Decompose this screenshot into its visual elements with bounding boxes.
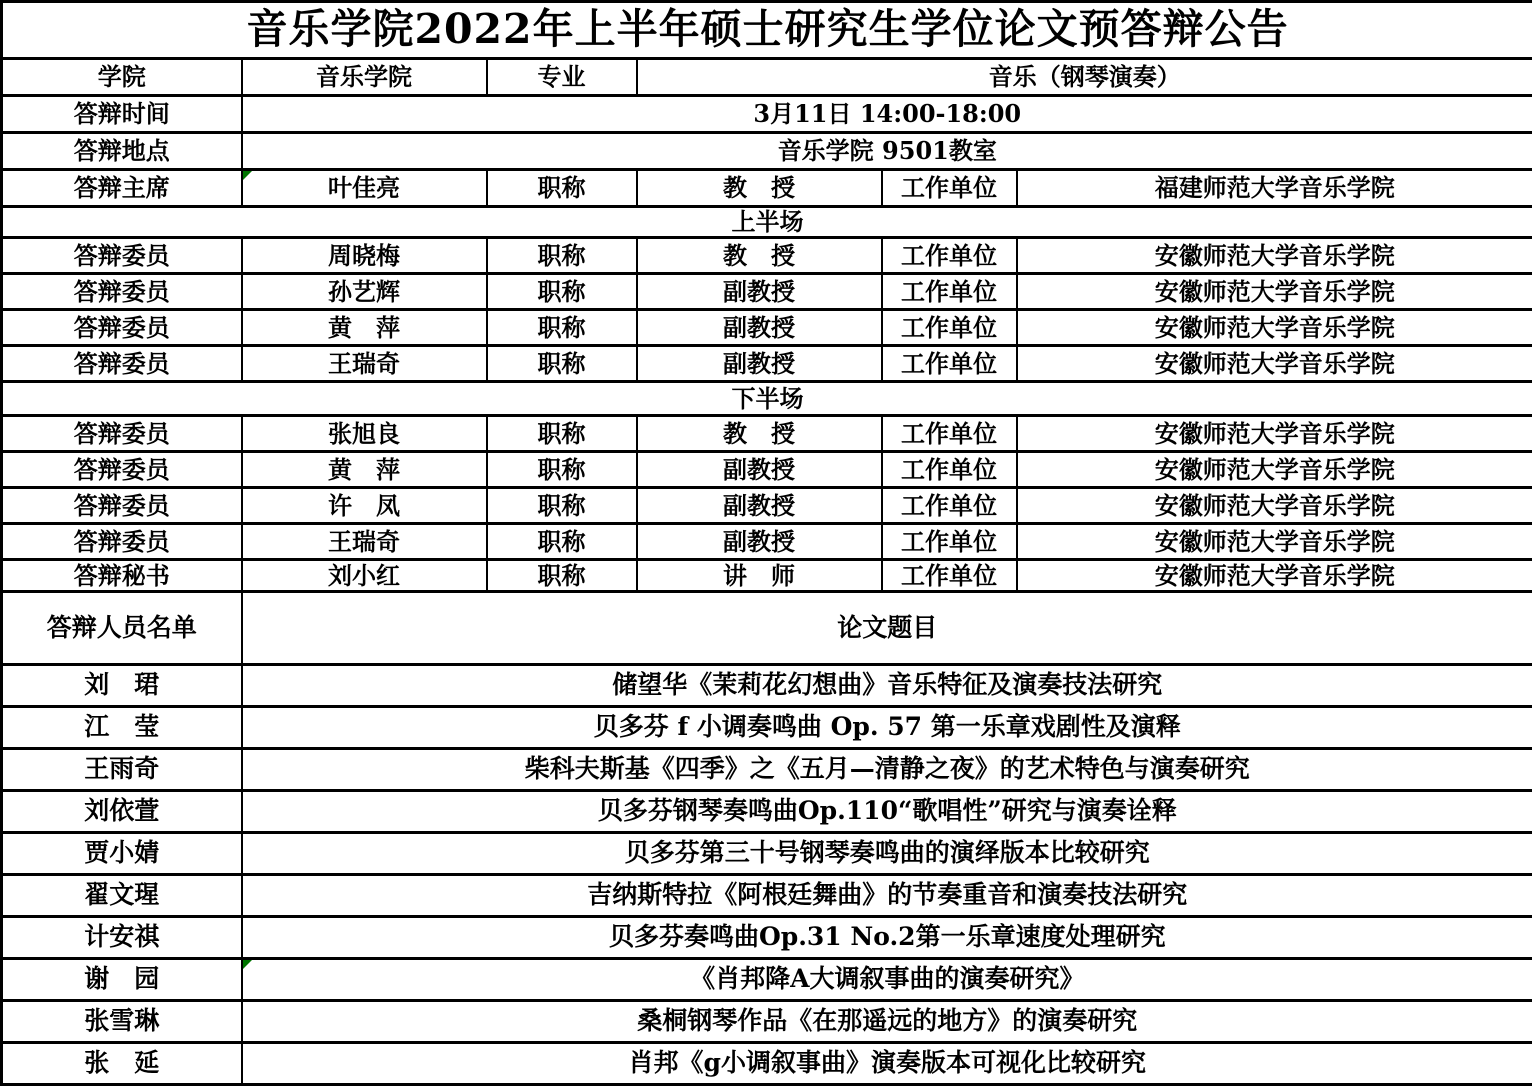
rank-label: 职称 xyxy=(487,524,637,560)
thesis-title: 《肖邦降A大调叙事曲的演奏研究》 xyxy=(242,959,1532,1001)
unit-label: 工作单位 xyxy=(882,310,1017,346)
rank-label: 职称 xyxy=(487,310,637,346)
table-row: 谢 园 《肖邦降A大调叙事曲的演奏研究》 xyxy=(2,959,1532,1001)
table-row: 答辩委员 孙艺辉 职称 副教授 工作单位 安徽师范大学音乐学院 xyxy=(2,274,1532,310)
chair-name: 叶佳亮 xyxy=(242,170,487,207)
chair-role: 答辩主席 xyxy=(2,170,242,207)
table-row: 答辩委员 王瑞奇 职称 副教授 工作单位 安徽师范大学音乐学院 xyxy=(2,524,1532,560)
candidate-name: 翟文瑆 xyxy=(2,875,242,917)
member-name: 王瑞奇 xyxy=(242,524,487,560)
member-name: 周晓梅 xyxy=(242,238,487,274)
session-band-first: 上半场 xyxy=(2,207,1532,238)
thesis-title: 桑桐钢琴作品《在那遥远的地方》的演奏研究 xyxy=(242,1001,1532,1043)
unit-label: 工作单位 xyxy=(882,452,1017,488)
candidate-name: 江 莹 xyxy=(2,707,242,749)
member-role: 答辩委员 xyxy=(2,524,242,560)
member-unit: 安徽师范大学音乐学院 xyxy=(1017,346,1532,382)
member-rank: 教 授 xyxy=(637,238,882,274)
member-name: 黄 萍 xyxy=(242,452,487,488)
member-unit: 安徽师范大学音乐学院 xyxy=(1017,452,1532,488)
chair-unit: 福建师范大学音乐学院 xyxy=(1017,170,1532,207)
member-role: 答辩委员 xyxy=(2,452,242,488)
secretary-role: 答辩秘书 xyxy=(2,560,242,592)
candidate-name: 刘 珺 xyxy=(2,665,242,707)
table-row: 刘 珺 储望华《茉莉花幻想曲》音乐特征及演奏技法研究 xyxy=(2,665,1532,707)
secretary-name: 刘小红 xyxy=(242,560,487,592)
member-rank: 副教授 xyxy=(637,524,882,560)
table-row: 贾小婧 贝多芬第三十号钢琴奏鸣曲的演绎版本比较研究 xyxy=(2,833,1532,875)
rank-label: 职称 xyxy=(487,238,637,274)
candidate-name: 张雪琳 xyxy=(2,1001,242,1043)
candidate-name: 张 延 xyxy=(2,1043,242,1085)
defense-time-label: 答辩时间 xyxy=(2,96,242,133)
secretary-unit: 安徽师范大学音乐学院 xyxy=(1017,560,1532,592)
major-label: 专业 xyxy=(487,59,637,96)
thesis-title: 贝多芬第三十号钢琴奏鸣曲的演绎版本比较研究 xyxy=(242,833,1532,875)
member-role: 答辩委员 xyxy=(2,346,242,382)
member-name: 许 凤 xyxy=(242,488,487,524)
unit-label: 工作单位 xyxy=(882,274,1017,310)
candidate-name: 贾小婧 xyxy=(2,833,242,875)
unit-label: 工作单位 xyxy=(882,416,1017,452)
candidate-name: 刘依萱 xyxy=(2,791,242,833)
defense-place-value: 音乐学院 9501教室 xyxy=(242,133,1532,170)
member-role: 答辩委员 xyxy=(2,416,242,452)
session-first-label: 上半场 xyxy=(2,207,1532,238)
secretary-row: 答辩秘书 刘小红 职称 讲 师 工作单位 安徽师范大学音乐学院 xyxy=(2,560,1532,592)
candidate-name: 王雨奇 xyxy=(2,749,242,791)
college-value: 音乐学院 xyxy=(242,59,487,96)
member-unit: 安徽师范大学音乐学院 xyxy=(1017,310,1532,346)
thesis-title: 柴科夫斯基《四季》之《五月—清静之夜》的艺术特色与演奏研究 xyxy=(242,749,1532,791)
thesis-header-label: 论文题目 xyxy=(242,592,1532,665)
title-row: 音乐学院2022年上半年硕士研究生学位论文预答辩公告 xyxy=(2,2,1532,59)
unit-label: 工作单位 xyxy=(882,560,1017,592)
member-name: 孙艺辉 xyxy=(242,274,487,310)
table-row: 答辩委员 许 凤 职称 副教授 工作单位 安徽师范大学音乐学院 xyxy=(2,488,1532,524)
thesis-title: 贝多芬钢琴奏鸣曲Op.110“歌唱性”研究与演奏诠释 xyxy=(242,791,1532,833)
candidates-header-label: 答辩人员名单 xyxy=(2,592,242,665)
table-row: 答辩委员 黄 萍 职称 副教授 工作单位 安徽师范大学音乐学院 xyxy=(2,452,1532,488)
table-row: 江 莹 贝多芬 f 小调奏鸣曲 Op. 57 第一乐章戏剧性及演释 xyxy=(2,707,1532,749)
table-row: 答辩委员 周晓梅 职称 教 授 工作单位 安徽师范大学音乐学院 xyxy=(2,238,1532,274)
unit-label: 工作单位 xyxy=(882,488,1017,524)
member-unit: 安徽师范大学音乐学院 xyxy=(1017,524,1532,560)
chair-rank: 教 授 xyxy=(637,170,882,207)
page-title: 音乐学院2022年上半年硕士研究生学位论文预答辩公告 xyxy=(2,2,1532,59)
member-rank: 副教授 xyxy=(637,346,882,382)
table-row: 答辩委员 王瑞奇 职称 副教授 工作单位 安徽师范大学音乐学院 xyxy=(2,346,1532,382)
table-row: 张 延 肖邦《g小调叙事曲》演奏版本可视化比较研究 xyxy=(2,1043,1532,1085)
member-rank: 教 授 xyxy=(637,416,882,452)
rank-label: 职称 xyxy=(487,452,637,488)
college-major-row: 学院 音乐学院 专业 音乐（钢琴演奏） xyxy=(2,59,1532,96)
candidates-header-row: 答辩人员名单 论文题目 xyxy=(2,592,1532,665)
rank-label: 职称 xyxy=(487,488,637,524)
unit-label: 工作单位 xyxy=(882,238,1017,274)
candidate-name: 谢 园 xyxy=(2,959,242,1001)
table-row: 刘依萱 贝多芬钢琴奏鸣曲Op.110“歌唱性”研究与演奏诠释 xyxy=(2,791,1532,833)
thesis-title: 贝多芬 f 小调奏鸣曲 Op. 57 第一乐章戏剧性及演释 xyxy=(242,707,1532,749)
rank-label: 职称 xyxy=(487,560,637,592)
candidate-name: 计安祺 xyxy=(2,917,242,959)
member-role: 答辩委员 xyxy=(2,238,242,274)
table-row: 翟文瑆 吉纳斯特拉《阿根廷舞曲》的节奏重音和演奏技法研究 xyxy=(2,875,1532,917)
thesis-title: 肖邦《g小调叙事曲》演奏版本可视化比较研究 xyxy=(242,1043,1532,1085)
defense-time-row: 答辩时间 3月11日 14:00-18:00 xyxy=(2,96,1532,133)
member-rank: 副教授 xyxy=(637,452,882,488)
unit-label: 工作单位 xyxy=(882,170,1017,207)
member-role: 答辩委员 xyxy=(2,488,242,524)
excel-error-indicator-icon xyxy=(243,960,252,969)
member-unit: 安徽师范大学音乐学院 xyxy=(1017,416,1532,452)
table-row: 张雪琳 桑桐钢琴作品《在那遥远的地方》的演奏研究 xyxy=(2,1001,1532,1043)
table-row: 王雨奇 柴科夫斯基《四季》之《五月—清静之夜》的艺术特色与演奏研究 xyxy=(2,749,1532,791)
session-band-second: 下半场 xyxy=(2,382,1532,416)
member-rank: 副教授 xyxy=(637,274,882,310)
thesis-title-text: 《肖邦降A大调叙事曲的演奏研究》 xyxy=(690,964,1084,993)
table-row: 计安祺 贝多芬奏鸣曲Op.31 No.2第一乐章速度处理研究 xyxy=(2,917,1532,959)
unit-label: 工作单位 xyxy=(882,524,1017,560)
member-role: 答辩委员 xyxy=(2,310,242,346)
session-second-label: 下半场 xyxy=(2,382,1532,416)
chair-name-text: 叶佳亮 xyxy=(328,173,400,202)
rank-label: 职称 xyxy=(487,274,637,310)
member-name: 张旭良 xyxy=(242,416,487,452)
table-row: 答辩委员 张旭良 职称 教 授 工作单位 安徽师范大学音乐学院 xyxy=(2,416,1532,452)
thesis-title: 储望华《茉莉花幻想曲》音乐特征及演奏技法研究 xyxy=(242,665,1532,707)
table-row: 答辩委员 黄 萍 职称 副教授 工作单位 安徽师范大学音乐学院 xyxy=(2,310,1532,346)
unit-label: 工作单位 xyxy=(882,346,1017,382)
defense-announcement-table: 音乐学院2022年上半年硕士研究生学位论文预答辩公告 学院 音乐学院 专业 音乐… xyxy=(0,0,1532,1086)
college-label: 学院 xyxy=(2,59,242,96)
defense-place-row: 答辩地点 音乐学院 9501教室 xyxy=(2,133,1532,170)
rank-label: 职称 xyxy=(487,346,637,382)
member-rank: 副教授 xyxy=(637,488,882,524)
secretary-rank: 讲 师 xyxy=(637,560,882,592)
excel-error-indicator-icon xyxy=(243,171,252,180)
chair-row: 答辩主席 叶佳亮 职称 教 授 工作单位 福建师范大学音乐学院 xyxy=(2,170,1532,207)
member-rank: 副教授 xyxy=(637,310,882,346)
member-unit: 安徽师范大学音乐学院 xyxy=(1017,238,1532,274)
member-name: 黄 萍 xyxy=(242,310,487,346)
thesis-title: 贝多芬奏鸣曲Op.31 No.2第一乐章速度处理研究 xyxy=(242,917,1532,959)
rank-label: 职称 xyxy=(487,416,637,452)
major-value: 音乐（钢琴演奏） xyxy=(637,59,1532,96)
rank-label: 职称 xyxy=(487,170,637,207)
member-unit: 安徽师范大学音乐学院 xyxy=(1017,488,1532,524)
member-role: 答辩委员 xyxy=(2,274,242,310)
thesis-title: 吉纳斯特拉《阿根廷舞曲》的节奏重音和演奏技法研究 xyxy=(242,875,1532,917)
member-name: 王瑞奇 xyxy=(242,346,487,382)
member-unit: 安徽师范大学音乐学院 xyxy=(1017,274,1532,310)
defense-place-label: 答辩地点 xyxy=(2,133,242,170)
defense-time-value: 3月11日 14:00-18:00 xyxy=(242,96,1532,133)
